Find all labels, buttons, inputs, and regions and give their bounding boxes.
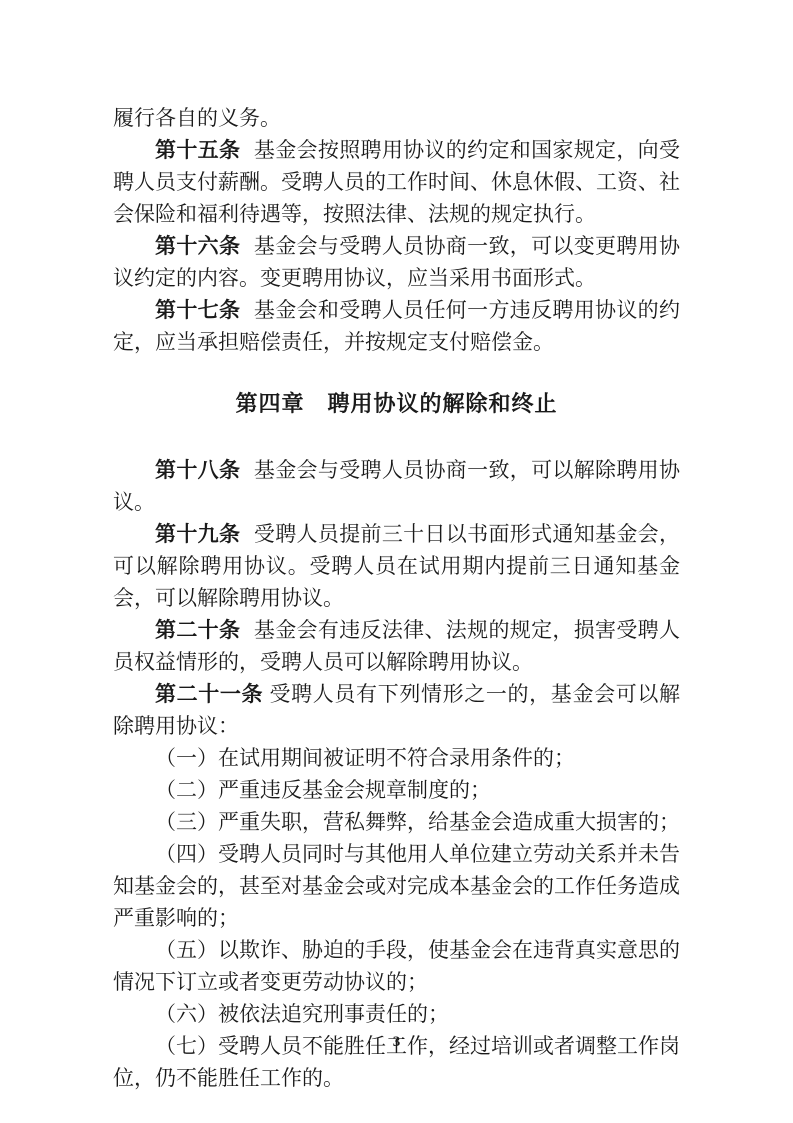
article-number: 第二十一条: [155, 682, 263, 706]
article-19-paragraph: 第十九条受聘人员提前三十日以书面形式通知基金会，可以解除聘用协议。受聘人员在试用…: [113, 518, 680, 614]
article-number: 第十九条: [155, 522, 240, 546]
paragraph-continuation: 履行各自的义务。: [113, 102, 680, 134]
paragraph-text: 履行各自的义务。: [113, 106, 281, 130]
article-20-paragraph: 第二十条基金会有违反法律、法规的规定，损害受聘人员权益情形的，受聘人员可以解除聘…: [113, 614, 680, 678]
page-number: 3: [0, 1034, 793, 1051]
article-number: 第十八条: [155, 458, 240, 482]
paragraph-text: （一）在试用期间被证明不符合录用条件的；: [155, 746, 575, 770]
list-item-3: （三）严重失职，营私舞弊，给基金会造成重大损害的；: [113, 806, 680, 838]
paragraph-text: （二）严重违反基金会规章制度的；: [155, 778, 491, 802]
article-number: 第二十条: [155, 618, 240, 642]
article-21-paragraph: 第二十一条受聘人员有下列情形之一的，基金会可以解除聘用协议：: [113, 678, 680, 742]
chapter-heading: 第四章 聘用协议的解除和终止: [113, 388, 680, 420]
paragraph-text: （五）以欺诈、胁迫的手段，使基金会在违背真实意思的情况下订立或者变更劳动协议的；: [113, 938, 680, 994]
paragraph-text: （六）被依法追究刑事责任的；: [155, 1002, 449, 1026]
document-page: 履行各自的义务。 第十五条基金会按照聘用协议的约定和国家规定，向受聘人员支付薪酬…: [0, 0, 793, 1123]
list-item-5: （五）以欺诈、胁迫的手段，使基金会在违背真实意思的情况下订立或者变更劳动协议的；: [113, 934, 680, 998]
list-item-4: （四）受聘人员同时与其他用人单位建立劳动关系并未告知基金会的，甚至对基金会或对完…: [113, 838, 680, 934]
list-item-2: （二）严重违反基金会规章制度的；: [113, 774, 680, 806]
article-number: 第十五条: [155, 138, 240, 162]
list-item-6: （六）被依法追究刑事责任的；: [113, 998, 680, 1030]
article-number: 第十六条: [155, 234, 240, 258]
list-item-1: （一）在试用期间被证明不符合录用条件的；: [113, 742, 680, 774]
article-15-paragraph: 第十五条基金会按照聘用协议的约定和国家规定，向受聘人员支付薪酬。受聘人员的工作时…: [113, 134, 680, 230]
article-16-paragraph: 第十六条基金会与受聘人员协商一致，可以变更聘用协议约定的内容。变更聘用协议，应当…: [113, 230, 680, 294]
article-17-paragraph: 第十七条基金会和受聘人员任何一方违反聘用协议的约定，应当承担赔偿责任，并按规定支…: [113, 294, 680, 358]
article-number: 第十七条: [155, 298, 240, 322]
article-18-paragraph: 第十八条基金会与受聘人员协商一致，可以解除聘用协议。: [113, 454, 680, 518]
paragraph-text: （四）受聘人员同时与其他用人单位建立劳动关系并未告知基金会的，甚至对基金会或对完…: [113, 842, 680, 930]
paragraph-text: （三）严重失职，营私舞弊，给基金会造成重大损害的；: [155, 810, 680, 834]
